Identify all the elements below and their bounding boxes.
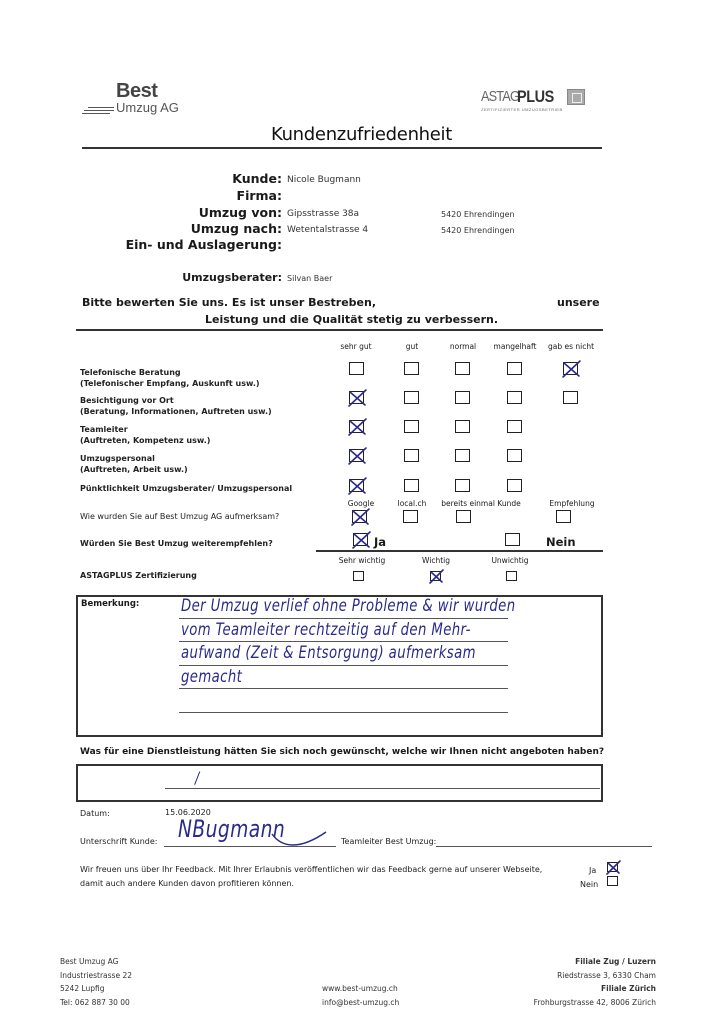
check-cross-icon bbox=[349, 507, 372, 528]
column-header-gab-es-nicht: gab es nicht bbox=[548, 342, 594, 351]
umzug-von-city: 5420 Ehrendingen bbox=[441, 210, 515, 219]
remarks-handwriting: aufwand (Zeit & Entsorgung) aufmerksam bbox=[181, 643, 476, 663]
remarks-line bbox=[179, 618, 508, 619]
rating-checkbox[interactable] bbox=[507, 449, 522, 462]
speed-line-icon bbox=[82, 113, 110, 114]
footer-company-city: 5242 Lupfig bbox=[60, 982, 132, 996]
rating-row-title: Besichtigung vor Ort bbox=[80, 396, 174, 405]
rating-checkbox[interactable] bbox=[455, 391, 470, 404]
remarks-handwriting: Der Umzug verlief ohne Probleme & wir wu… bbox=[181, 596, 516, 616]
services-box[interactable] bbox=[76, 764, 603, 802]
remarks-line bbox=[179, 688, 508, 689]
rating-row-title: Pünktlichkeit Umzugsberater/ Umzugsperso… bbox=[80, 484, 292, 493]
footer-company-phone: Tel: 062 887 30 00 bbox=[60, 996, 132, 1010]
astag-option-unwichtig: Unwichtig bbox=[491, 556, 528, 565]
footer-website-link[interactable]: www.best-umzug.ch bbox=[322, 982, 399, 996]
footer-company-name: Best Umzug AG bbox=[60, 955, 132, 969]
consent-text-2: damit auch andere Kunden davon profitier… bbox=[80, 879, 294, 888]
lagerung-label: Ein- und Auslagerung: bbox=[126, 237, 282, 252]
rating-checkbox[interactable] bbox=[507, 479, 522, 492]
intro-rule bbox=[76, 329, 603, 331]
rating-checkbox[interactable] bbox=[404, 391, 419, 404]
rating-row-title: Telefonische Beratung bbox=[80, 368, 181, 377]
rating-row-subtitle: (Telefonischer Empfang, Auskunft usw.) bbox=[80, 379, 260, 388]
footer-branches: Filiale Zug / Luzern Riedstrasse 3, 6330… bbox=[534, 955, 656, 1009]
logo-text-plus: PLUS bbox=[517, 87, 554, 107]
consent-yes-checkbox[interactable] bbox=[607, 862, 618, 872]
logo-subtitle: ZERTIFIZIERTER UMZUGSBETRIEB bbox=[481, 107, 563, 112]
check-cross-icon bbox=[350, 530, 373, 551]
rating-checkbox[interactable] bbox=[507, 362, 522, 375]
check-cross-icon bbox=[560, 359, 583, 380]
kunde-value: Nicole Bugmann bbox=[287, 175, 361, 185]
check-cross-icon bbox=[427, 568, 446, 586]
kunde-label: Kunde: bbox=[232, 171, 282, 186]
remarks-box[interactable] bbox=[76, 595, 603, 737]
recommend-question: Würden Sie Best Umzug weiterempfehlen? bbox=[80, 539, 273, 548]
recommend-no-label: Nein bbox=[546, 535, 576, 549]
rating-row-title: Umzugspersonal bbox=[80, 454, 155, 463]
consent-no-label: Nein bbox=[580, 880, 598, 889]
footer-branch-2-address: Frohburgstrasse 42, 8006 Zürich bbox=[534, 996, 656, 1010]
remarks-handwriting: vom Teamleiter rechtzeitig auf den Mehr- bbox=[181, 620, 471, 640]
astag-label: ASTAGPLUS Zertifizierung bbox=[80, 571, 197, 580]
recommend-no-checkbox[interactable] bbox=[505, 533, 520, 546]
rating-row-subtitle: (Auftreten, Arbeit usw.) bbox=[80, 465, 188, 474]
recommend-rule bbox=[316, 550, 603, 552]
speed-line-icon bbox=[88, 107, 114, 108]
rating-checkbox[interactable] bbox=[455, 362, 470, 375]
rating-checkbox[interactable] bbox=[507, 420, 522, 433]
teamleiter-label: Teamleiter Best Umzug: bbox=[341, 837, 436, 846]
astag-checkbox[interactable] bbox=[353, 571, 364, 581]
logo-text-astag: ASTAG bbox=[481, 88, 519, 105]
footer-branch-1-address: Riedstrasse 3, 6330 Cham bbox=[534, 969, 656, 983]
rating-checkbox[interactable] bbox=[404, 479, 419, 492]
truck-box-icon bbox=[567, 89, 585, 105]
umzugsberater-label: Umzugsberater: bbox=[182, 271, 282, 284]
astag-option-sehr-wichtig: Sehr wichtig bbox=[339, 556, 385, 565]
recommend-yes-label: Ja bbox=[374, 535, 386, 549]
footer-company-street: Industriestrasse 22 bbox=[60, 969, 132, 983]
services-line bbox=[165, 788, 600, 789]
remarks-handwriting: gemacht bbox=[181, 667, 242, 687]
umzug-nach-city: 5420 Ehrendingen bbox=[441, 226, 515, 235]
firma-label: Firma: bbox=[237, 188, 282, 203]
source-checkbox[interactable] bbox=[403, 510, 418, 523]
remarks-line bbox=[179, 641, 508, 642]
rating-checkbox[interactable] bbox=[404, 420, 419, 433]
title-rule bbox=[82, 147, 602, 149]
column-header-mangelhaft: mangelhaft bbox=[494, 342, 537, 351]
intro-line-2: Leistung und die Qualität stetig zu verb… bbox=[205, 313, 498, 326]
consent-no-checkbox[interactable] bbox=[607, 876, 618, 886]
source-checkbox[interactable] bbox=[456, 510, 471, 523]
check-cross-icon bbox=[346, 476, 369, 497]
umzug-von-label: Umzug von: bbox=[199, 205, 282, 220]
astag-plus-logo: ASTAG PLUS ZERTIFIZIERTER UMZUGSBETRIEB bbox=[481, 88, 591, 116]
astag-checkbox[interactable] bbox=[430, 571, 441, 581]
rating-checkbox[interactable] bbox=[455, 420, 470, 433]
rating-checkbox[interactable] bbox=[455, 449, 470, 462]
intro-line-1-end: unsere bbox=[557, 296, 600, 309]
consent-yes-label: Ja bbox=[589, 866, 596, 875]
umzug-von-street: Gipsstrasse 38a bbox=[287, 209, 359, 219]
rating-checkbox[interactable] bbox=[349, 362, 364, 375]
rating-checkbox[interactable] bbox=[455, 479, 470, 492]
intro-line-1: Bitte bewerten Sie uns. Es ist unser Bes… bbox=[82, 296, 376, 309]
remarks-line bbox=[179, 665, 508, 666]
rating-checkbox[interactable] bbox=[563, 362, 578, 375]
check-cross-icon bbox=[604, 859, 623, 877]
source-checkbox[interactable] bbox=[556, 510, 571, 523]
rating-checkbox[interactable] bbox=[349, 391, 364, 404]
footer-branch-1-name: Filiale Zug / Luzern bbox=[575, 957, 656, 966]
source-option-bereits-kunde: bereits einmal Kunde bbox=[441, 499, 520, 508]
rating-checkbox[interactable] bbox=[349, 479, 364, 492]
rating-checkbox[interactable] bbox=[404, 362, 419, 375]
footer-company: Best Umzug AG Industriestrasse 22 5242 L… bbox=[60, 955, 132, 1009]
footer-web: www.best-umzug.ch info@best-umzug.ch bbox=[322, 982, 399, 1009]
remarks-label: Bemerkung: bbox=[81, 599, 139, 609]
rating-row-subtitle: (Beratung, Informationen, Auftreten usw.… bbox=[80, 407, 272, 416]
signature-line-teamleiter[interactable] bbox=[436, 846, 652, 847]
services-handwriting: / bbox=[195, 768, 200, 787]
rating-checkbox[interactable] bbox=[563, 391, 578, 404]
speed-line-icon bbox=[84, 110, 114, 111]
footer-email-link[interactable]: info@best-umzug.ch bbox=[322, 996, 399, 1010]
check-cross-icon bbox=[346, 388, 369, 409]
rating-row-subtitle: (Auftreten, Kompetenz usw.) bbox=[80, 436, 210, 445]
datum-label: Datum: bbox=[80, 809, 110, 818]
umzug-nach-street: Wetentalstrasse 4 bbox=[287, 225, 368, 235]
rating-checkbox[interactable] bbox=[349, 449, 364, 462]
astag-checkbox[interactable] bbox=[506, 571, 517, 581]
column-header-normal: normal bbox=[450, 342, 476, 351]
rating-checkbox[interactable] bbox=[404, 449, 419, 462]
recommend-yes-checkbox[interactable] bbox=[353, 533, 368, 546]
source-option-localch: local.ch bbox=[398, 499, 427, 508]
consent-text-1: Wir freuen uns über Ihr Feedback. Mit Ih… bbox=[80, 865, 542, 874]
rating-checkbox[interactable] bbox=[507, 391, 522, 404]
unterschrift-kunde-label: Unterschrift Kunde: bbox=[80, 837, 157, 846]
check-cross-icon bbox=[346, 417, 369, 438]
astag-option-wichtig: Wichtig bbox=[422, 556, 450, 565]
best-umzug-logo: Best Umzug AG bbox=[82, 80, 192, 125]
signature-swash bbox=[270, 826, 330, 850]
check-cross-icon bbox=[346, 446, 369, 467]
services-question: Was für eine Dienstleistung hätten Sie s… bbox=[80, 747, 604, 757]
logo-text-umzug: Umzug AG bbox=[116, 100, 179, 115]
umzugsberater-value: Silvan Baer bbox=[287, 274, 332, 283]
column-header-sehr-gut: sehr gut bbox=[340, 342, 371, 351]
source-checkbox[interactable] bbox=[352, 510, 367, 523]
remarks-line bbox=[179, 712, 508, 713]
page-title: Kundenzufriedenheit bbox=[0, 124, 723, 145]
footer-branch-2-name: Filiale Zürich bbox=[601, 984, 656, 993]
column-header-gut: gut bbox=[406, 342, 418, 351]
rating-checkbox[interactable] bbox=[349, 420, 364, 433]
rating-row-title: Teamleiter bbox=[80, 425, 128, 434]
source-question: Wie wurden Sie auf Best Umzug AG aufmerk… bbox=[80, 512, 279, 521]
umzug-nach-label: Umzug nach: bbox=[191, 221, 282, 236]
source-option-empfehlung: Empfehlung bbox=[549, 499, 594, 508]
